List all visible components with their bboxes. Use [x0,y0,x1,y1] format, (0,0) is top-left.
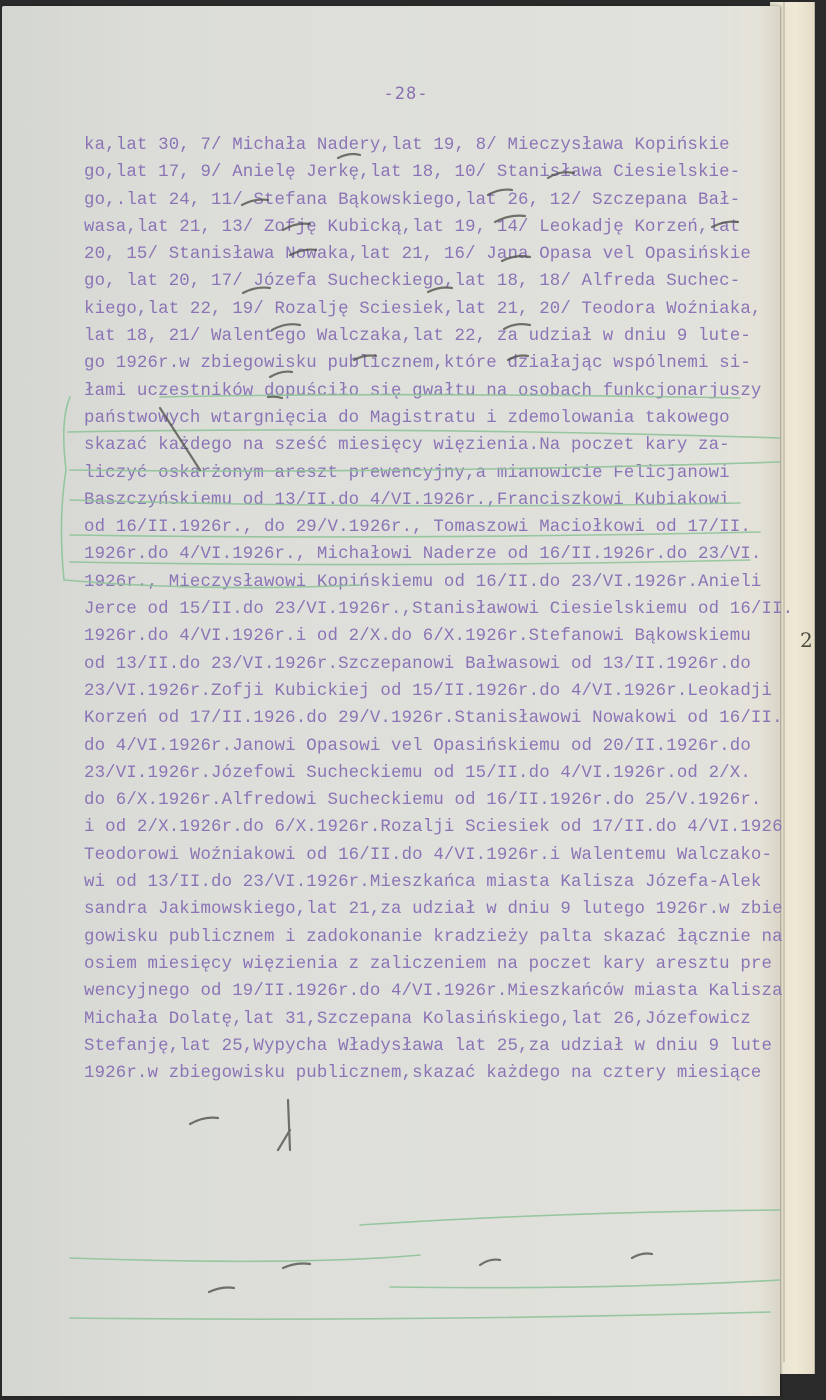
text-line: skazać każdego na sześć miesięcy więzien… [84,432,784,459]
text-line: 23/VI.1926r.Józefowi Sucheckiemu od 15/I… [84,760,784,787]
text-line: 20, 15/ Stanisława Nowaka,lat 21, 16/ Ja… [84,241,784,268]
text-line: Jerce od 15/II.do 23/VI.1926r.,Stanisław… [84,596,784,623]
text-line: Teodorowi Woźniakowi od 16/II.do 4/VI.19… [84,842,784,869]
text-line: 1926r., Mieczysławowi Kopińskiemu od 16/… [84,569,784,596]
text-line: Michała Dolatę,lat 31,Szczepana Kolasińs… [84,1006,784,1033]
margin-annotation: 2 [800,628,813,652]
text-line: go,lat 17, 9/ Anielę Jerkę,lat 18, 10/ S… [84,159,784,186]
text-line: od 16/II.1926r., do 29/V.1926r., Tomaszo… [84,514,784,541]
text-line: 1926r.do 4/VI.1926r., Michałowi Naderze … [84,541,784,568]
text-line: 1926r.w zbiegowisku publicznem,skazać ka… [84,1060,784,1087]
text-line: do 4/VI.1926r.Janowi Opasowi vel Opasińs… [84,733,784,760]
text-line: państwowych wtargnięcia do Magistratu i … [84,405,784,432]
text-line: go 1926r.w zbiegowisku publicznem,które … [84,350,784,377]
text-line: lat 18, 21/ Walentego Walczaka,lat 22, z… [84,323,784,350]
text-line: od 13/II.do 23/VI.1926r.Szczepanowi Bałw… [84,651,784,678]
text-line: liczyć oskarżonym areszt prewencyjny,a m… [84,460,784,487]
text-line: Stefanję,lat 25,Wypycha Władysława lat 2… [84,1033,784,1060]
text-line: kiego,lat 22, 19/ Rozalję Sciesiek,lat 2… [84,296,784,323]
text-line: wencyjnego od 19/II.1926r.do 4/VI.1926r.… [84,978,784,1005]
text-line: sandra Jakimowskiego,lat 21,za udział w … [84,896,784,923]
page-number: -28- [0,84,812,104]
text-line: i od 2/X.1926r.do 6/X.1926r.Rozalji Scie… [84,814,784,841]
text-line: go, lat 20, 17/ Józefa Sucheckiego,lat 1… [84,268,784,295]
text-line: wi od 13/II.do 23/VI.1926r.Mieszkańca mi… [84,869,784,896]
text-line: ka,lat 30, 7/ Michała Nadery,lat 19, 8/ … [84,132,784,159]
typewritten-body: ka,lat 30, 7/ Michała Nadery,lat 19, 8/ … [84,132,784,1087]
text-line: 1926r.do 4/VI.1926r.i od 2/X.do 6/X.1926… [84,623,784,650]
text-line: Baszczyńskiemu od 13/II.do 4/VI.1926r.,F… [84,487,784,514]
text-line: go,.lat 24, 11/ Stefana Bąkowskiego,lat … [84,187,784,214]
text-line: łami uczestników dopuściło się gwałtu na… [84,378,784,405]
scanned-document-view: -28- ka,lat 30, 7/ Michała Nadery,lat 19… [0,0,826,1400]
text-line: do 6/X.1926r.Alfredowi Sucheckiemu od 16… [84,787,784,814]
text-line: gowisku publicznem i zadokonanie kradzie… [84,924,784,951]
text-line: 23/VI.1926r.Zofji Kubickiej od 15/II.192… [84,678,784,705]
text-line: wasa,lat 21, 13/ Zofję Kubicką,lat 19, 1… [84,214,784,241]
text-line: osiem miesięcy więzienia z zaliczeniem n… [84,951,784,978]
text-line: Korzeń od 17/II.1926.do 29/V.1926r.Stani… [84,705,784,732]
